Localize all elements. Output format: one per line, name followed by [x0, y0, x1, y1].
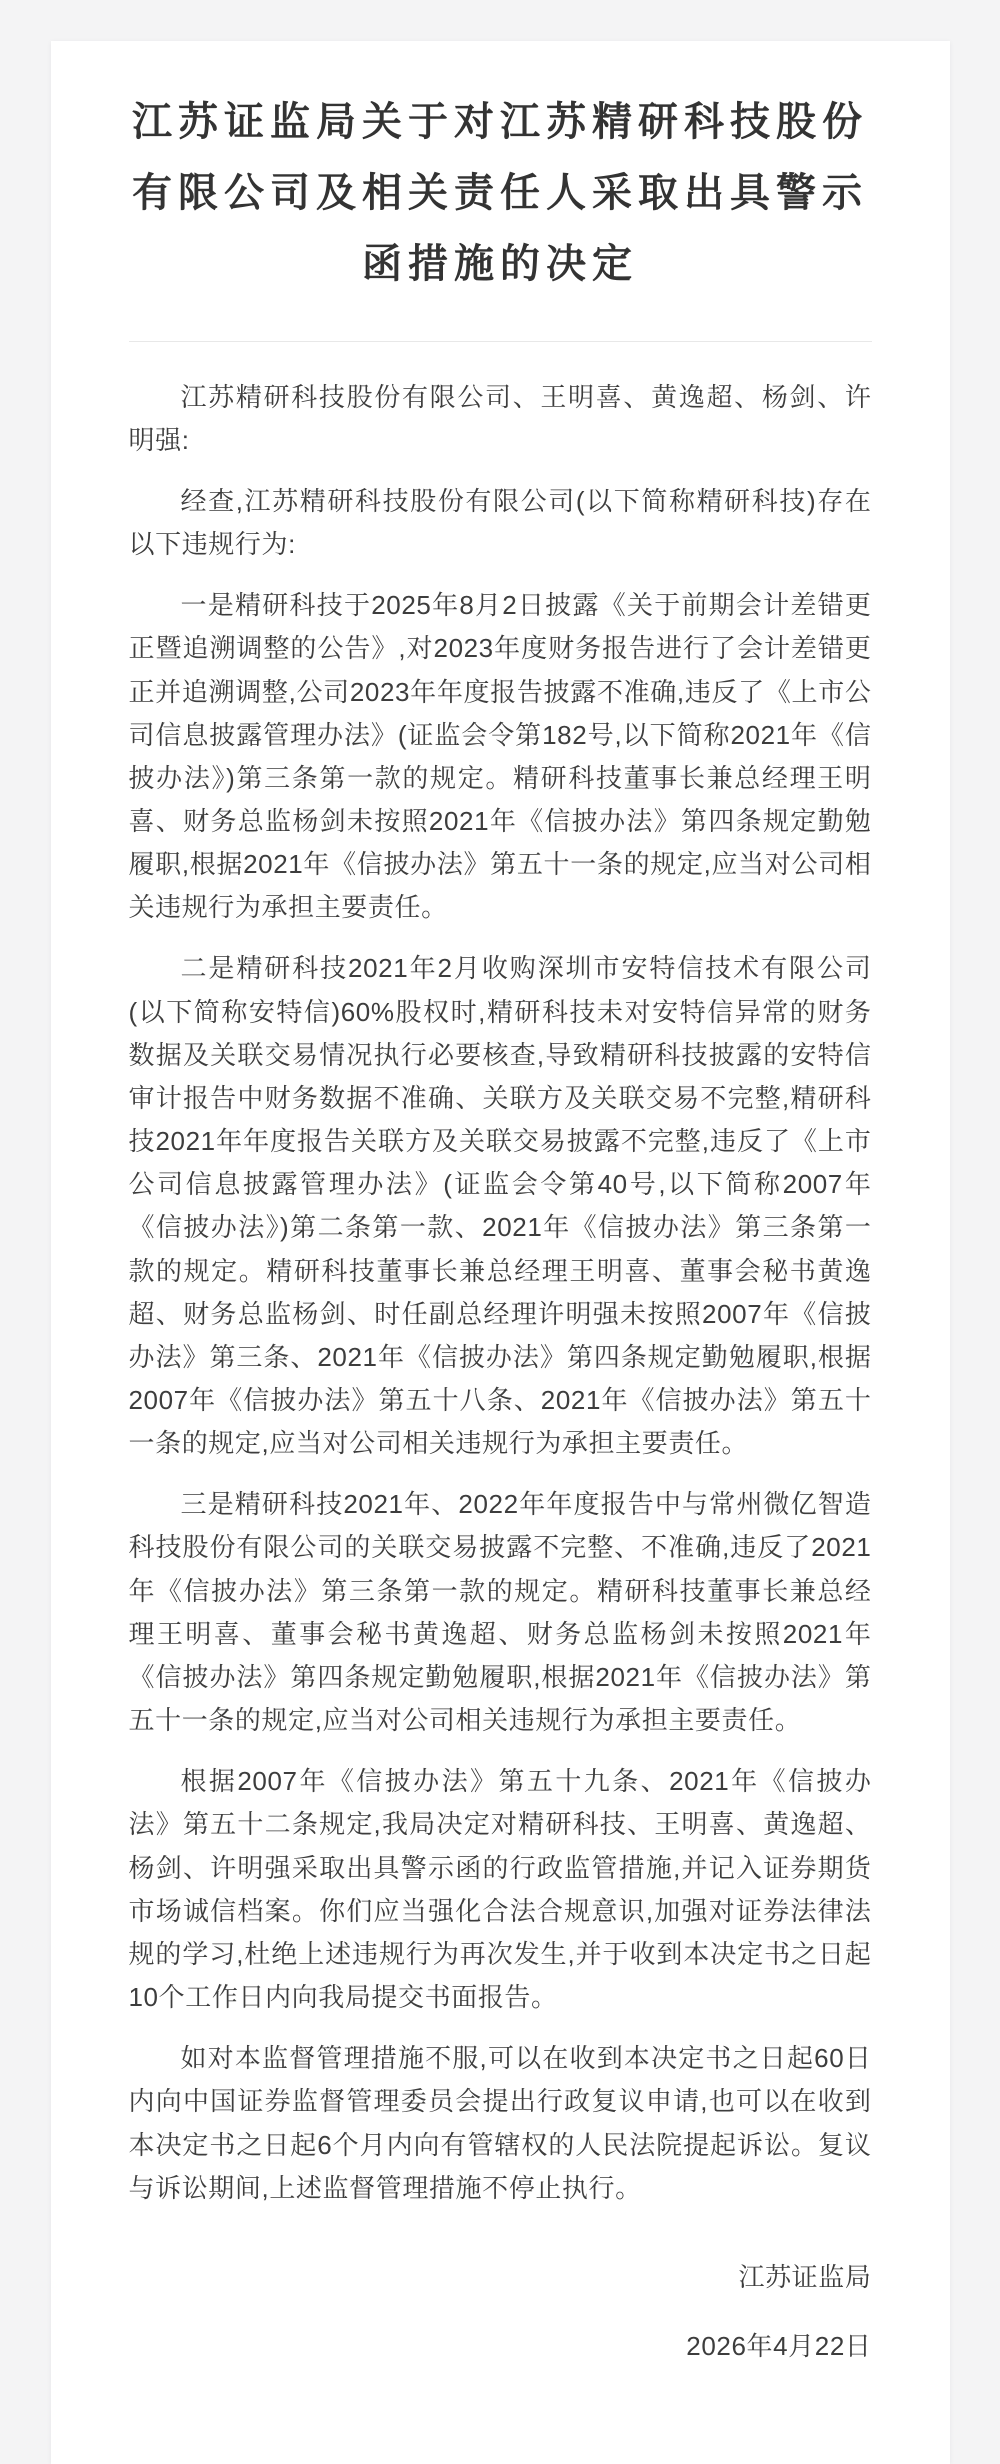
violation-two-paragraph: 二是精研科技2021年2月收购深圳市安特信技术有限公司(以下简称安特信)60%股… — [129, 947, 872, 1465]
violation-one-paragraph: 一是精研科技于2025年8月2日披露《关于前期会计差错更正暨追溯调整的公告》,对… — [129, 584, 872, 929]
decision-paragraph: 根据2007年《信披办法》第五十九条、2021年《信披办法》第五十二条规定,我局… — [129, 1760, 872, 2019]
document-card: 江苏证监局关于对江苏精研科技股份有限公司及相关责任人采取出具警示函措施的决定 江… — [51, 41, 950, 2464]
page-title: 江苏证监局关于对江苏精研科技股份有限公司及相关责任人采取出具警示函措施的决定 — [129, 87, 872, 301]
salutation-paragraph: 江苏精研科技股份有限公司、王明喜、黄逸超、杨剑、许明强: — [129, 376, 872, 462]
document-body: 江苏精研科技股份有限公司、王明喜、黄逸超、杨剑、许明强: 经查,江苏精研科技股份… — [129, 376, 872, 2369]
appeal-rights-paragraph: 如对本监督管理措施不服,可以在收到本决定书之日起60日内向中国证券监督管理委员会… — [129, 2037, 872, 2210]
intro-paragraph: 经查,江苏精研科技股份有限公司(以下简称精研科技)存在以下违规行为: — [129, 480, 872, 566]
violation-three-paragraph: 三是精研科技2021年、2022年年度报告中与常州微亿智造科技股份有限公司的关联… — [129, 1483, 872, 1742]
page-container: 江苏证监局关于对江苏精研科技股份有限公司及相关责任人采取出具警示函措施的决定 江… — [0, 0, 1000, 2423]
page-background: { "colors": { "page_background": "#f4f4f… — [0, 0, 1000, 2423]
document-date: 2026年4月22日 — [129, 2325, 872, 2368]
signature: 江苏证监局 — [129, 2256, 872, 2299]
title-divider — [129, 341, 872, 342]
